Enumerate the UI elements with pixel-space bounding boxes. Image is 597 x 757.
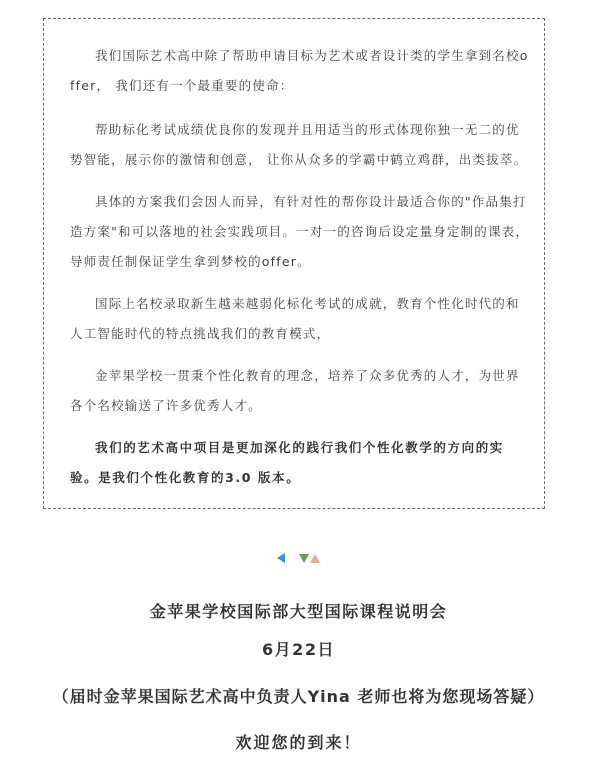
event-welcome: 欢迎您的到来！ <box>0 730 597 753</box>
paragraph-trend: 国际上名校录取新生越来越弱化标化考试的成就，教育个性化时代的和人工智能时代的特点… <box>70 289 530 349</box>
paragraph-plan: 具体的方案我们会因人而异，有针对性的帮你设计最适合你的"作品集打造方案"和可以落… <box>70 187 530 277</box>
paragraph-school-philosophy: 金苹果学校一贯秉个性化教育的理念，培养了众多优秀的人才，为世界各个名校输送了许多… <box>70 361 530 421</box>
triangle-down-icon <box>299 554 309 563</box>
article-card: 我们国际艺术高中除了帮助申请目标为艺术或者设计类的学生拿到名校offer， 我们… <box>43 18 545 509</box>
paragraph-strengths: 帮助标化考试成绩优良你的发现并且用适当的形式体现你独一无二的优势智能，展示你的激… <box>70 115 530 175</box>
triangle-left-icon <box>277 553 285 563</box>
triangle-up-icon <box>310 554 320 563</box>
paragraph-mission-intro: 我们国际艺术高中除了帮助申请目标为艺术或者设计类的学生拿到名校offer， 我们… <box>70 41 530 101</box>
event-date: 6月22日 <box>0 637 597 660</box>
decorative-divider <box>0 550 597 566</box>
event-note: （届时金苹果国际艺术高中负责人Yina 老师也将为您现场答疑） <box>0 684 597 707</box>
paragraph-conclusion: 我们的艺术高中项目是更加深化的践行我们个性化教学的方向的实验。是我们个性化教育的… <box>70 433 530 493</box>
event-title: 金苹果学校国际部大型国际课程说明会 <box>0 599 597 622</box>
